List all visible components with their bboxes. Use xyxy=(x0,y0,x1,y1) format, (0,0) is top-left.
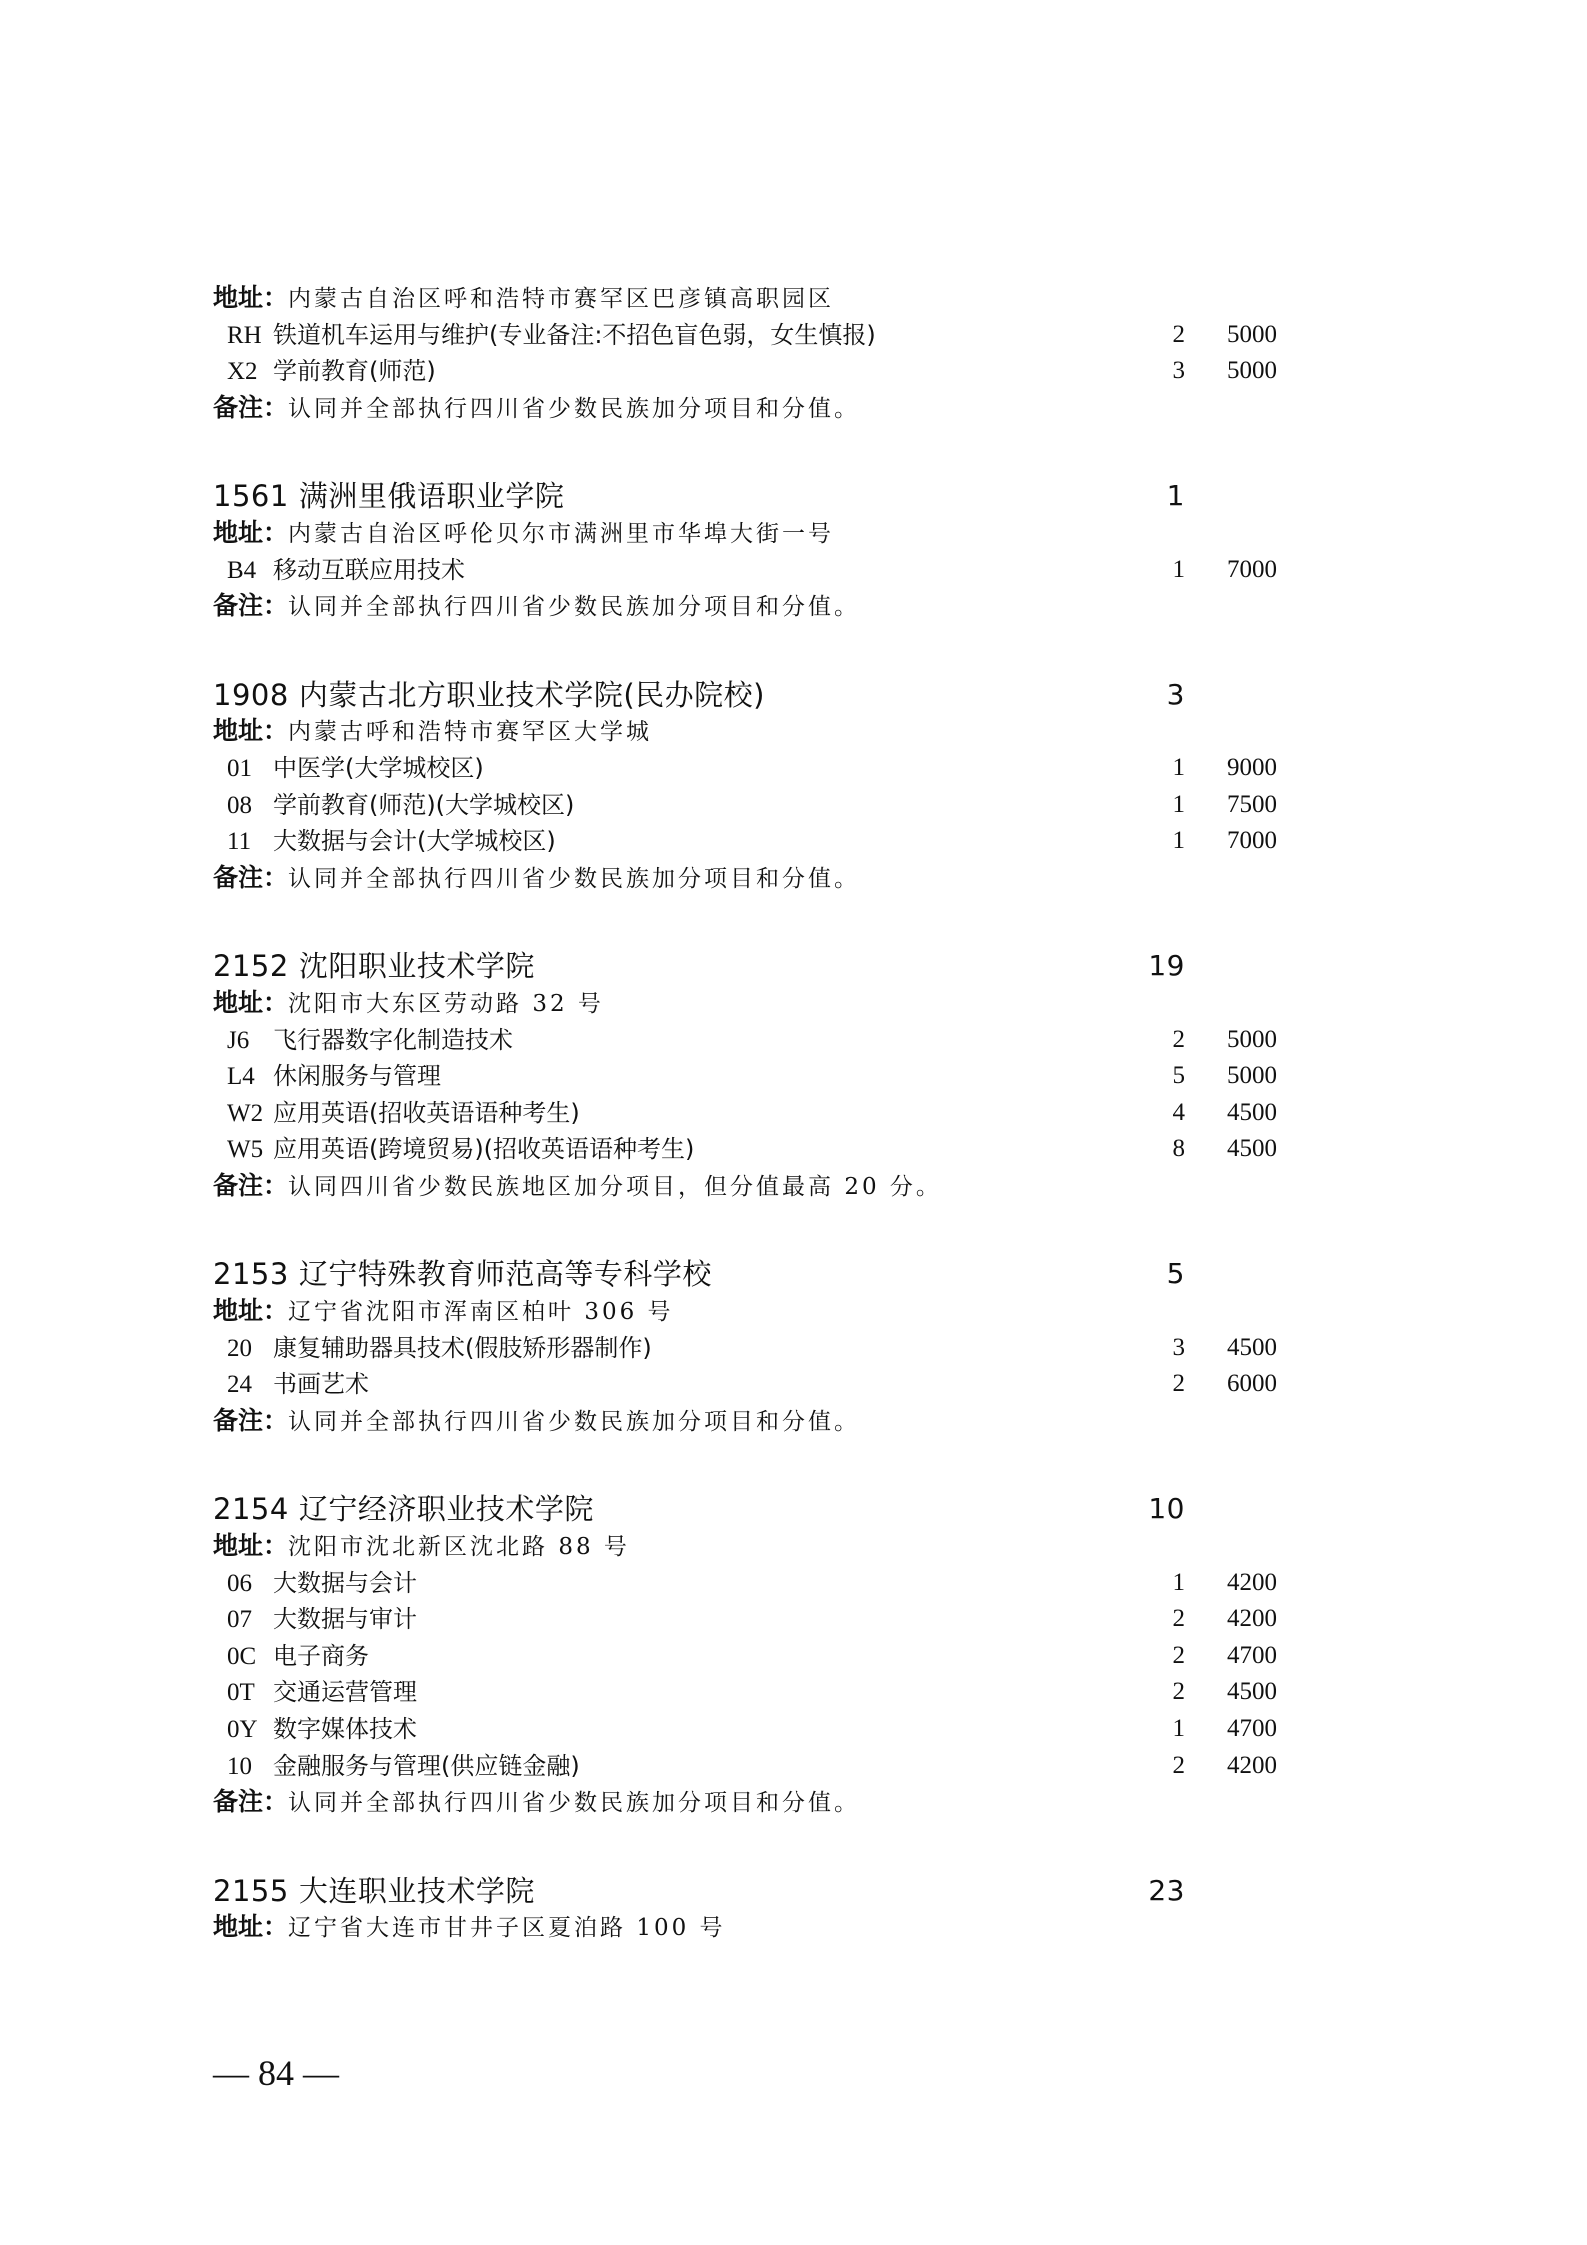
document-page: 地址：内蒙古自治区呼和浩特市赛罕区巴彦镇高职园区 RH 铁道机车运用与维护(专业… xyxy=(213,280,1293,1998)
remark-label: 备注： xyxy=(213,393,288,422)
major-name: 休闲服务与管理 xyxy=(273,1062,441,1090)
remark-label: 备注： xyxy=(213,1787,288,1816)
major-fee: 4500 xyxy=(1227,1095,1277,1132)
major-name: 应用英语(跨境贸易)(招收英语语种考生) xyxy=(273,1135,694,1163)
remark-label: 备注： xyxy=(213,863,288,892)
address-label: 地址： xyxy=(213,283,288,312)
major-code: 06 xyxy=(227,1566,265,1603)
school-name: 满洲里俄语职业学院 xyxy=(299,479,565,513)
school-name: 内蒙古北方职业技术学院(民办院校) xyxy=(299,678,765,712)
major-fee: 5000 xyxy=(1227,317,1277,354)
school-name: 辽宁经济职业技术学院 xyxy=(299,1492,594,1526)
school-name: 沈阳职业技术学院 xyxy=(299,949,535,983)
major-name: 数字媒体技术 xyxy=(273,1715,417,1743)
school-total-quota: 23 xyxy=(1148,1873,1185,1910)
school-total-quota: 10 xyxy=(1148,1491,1185,1528)
major-row: 0T 交通运营管理 2 4500 xyxy=(213,1674,1293,1711)
school-title: 2155大连职业技术学院 23 xyxy=(213,1873,1293,1910)
remark-line: 备注：认同并全部执行四川省少数民族加分项目和分值。 xyxy=(213,1784,1293,1821)
major-code: 11 xyxy=(227,824,265,861)
remark-label: 备注： xyxy=(213,591,288,620)
major-code: L4 xyxy=(227,1059,265,1096)
major-row: 24 书画艺术 2 6000 xyxy=(213,1366,1293,1403)
major-code: W2 xyxy=(227,1096,265,1133)
address-text: 内蒙古自治区呼和浩特市赛罕区巴彦镇高职园区 xyxy=(288,286,834,312)
major-name: 移动互联应用技术 xyxy=(273,556,465,584)
major-row: 11 大数据与会计(大学城校区) 1 7000 xyxy=(213,823,1293,860)
major-fee: 5000 xyxy=(1227,1058,1277,1095)
school-block-2152: 2152沈阳职业技术学院 19 地址：沈阳市大东区劳动路 32 号 J6 飞行器… xyxy=(213,948,1293,1204)
major-row: W2 应用英语(招收英语语种考生) 4 4500 xyxy=(213,1095,1293,1132)
school-title: 2152沈阳职业技术学院 19 xyxy=(213,948,1293,985)
address-label: 地址： xyxy=(213,1531,288,1560)
major-name: 铁道机车运用与维护(专业备注:不招色盲色弱，女生慎报) xyxy=(273,321,876,349)
remark-line: 备注：认同并全部执行四川省少数民族加分项目和分值。 xyxy=(213,1403,1293,1440)
major-name: 康复辅助器具技术(假肢矫形器制作) xyxy=(273,1334,652,1362)
school-code: 1561 xyxy=(213,479,289,513)
major-code: 0Y xyxy=(227,1712,265,1749)
major-quota: 3 xyxy=(1173,353,1186,390)
address-text: 沈阳市沈北新区沈北路 88 号 xyxy=(288,1534,630,1560)
major-fee: 4500 xyxy=(1227,1131,1277,1168)
school-name: 辽宁特殊教育师范高等专科学校 xyxy=(299,1257,712,1291)
major-row: W5 应用英语(跨境贸易)(招收英语语种考生) 8 4500 xyxy=(213,1131,1293,1168)
remark-text: 认同并全部执行四川省少数民族加分项目和分值。 xyxy=(288,1409,860,1435)
school-total-quota: 5 xyxy=(1167,1256,1185,1293)
major-code: 0T xyxy=(227,1675,265,1712)
major-fee: 4700 xyxy=(1227,1711,1277,1748)
major-quota: 3 xyxy=(1173,1330,1186,1367)
major-quota: 2 xyxy=(1173,317,1186,354)
school-title: 2153辽宁特殊教育师范高等专科学校 5 xyxy=(213,1256,1293,1293)
school-title: 1561满洲里俄语职业学院 1 xyxy=(213,478,1293,515)
major-fee: 7000 xyxy=(1227,552,1277,589)
major-code: J6 xyxy=(227,1023,265,1060)
major-quota: 8 xyxy=(1173,1131,1186,1168)
major-code: 07 xyxy=(227,1602,265,1639)
major-quota: 2 xyxy=(1173,1674,1186,1711)
major-quota: 2 xyxy=(1173,1748,1186,1785)
major-name: 飞行器数字化制造技术 xyxy=(273,1026,513,1054)
major-name: 电子商务 xyxy=(273,1642,369,1670)
major-quota: 1 xyxy=(1173,1565,1186,1602)
school-code: 2154 xyxy=(213,1492,289,1526)
school-block-2154: 2154辽宁经济职业技术学院 10 地址：沈阳市沈北新区沈北路 88 号 06 … xyxy=(213,1491,1293,1820)
school-total-quota: 3 xyxy=(1167,677,1185,714)
school-name: 大连职业技术学院 xyxy=(299,1874,535,1908)
address-line: 地址：内蒙古自治区呼伦贝尔市满洲里市华埠大街一号 xyxy=(213,515,1293,552)
major-row: L4 休闲服务与管理 5 5000 xyxy=(213,1058,1293,1095)
major-row: 20 康复辅助器具技术(假肢矫形器制作) 3 4500 xyxy=(213,1330,1293,1367)
address-line: 地址：沈阳市沈北新区沈北路 88 号 xyxy=(213,1528,1293,1565)
major-code: 01 xyxy=(227,751,265,788)
major-name: 大数据与审计 xyxy=(273,1605,417,1633)
major-quota: 1 xyxy=(1173,750,1186,787)
school-title: 1908内蒙古北方职业技术学院(民办院校) 3 xyxy=(213,677,1293,714)
address-label: 地址： xyxy=(213,1296,288,1325)
major-code: 0C xyxy=(227,1639,265,1676)
major-quota: 5 xyxy=(1173,1058,1186,1095)
major-name: 中医学(大学城校区) xyxy=(273,754,484,782)
address-label: 地址： xyxy=(213,716,288,745)
major-row: 06 大数据与会计 1 4200 xyxy=(213,1565,1293,1602)
remark-text: 认同并全部执行四川省少数民族加分项目和分值。 xyxy=(288,594,860,620)
major-name: 学前教育(师范)(大学城校区) xyxy=(273,791,574,819)
school-code: 1908 xyxy=(213,678,289,712)
major-row: 01 中医学(大学城校区) 1 9000 xyxy=(213,750,1293,787)
major-code: 24 xyxy=(227,1367,265,1404)
major-name: 大数据与会计 xyxy=(273,1569,417,1597)
address-label: 地址： xyxy=(213,518,288,547)
school-block-1908: 1908内蒙古北方职业技术学院(民办院校) 3 地址：内蒙古呼和浩特市赛罕区大学… xyxy=(213,677,1293,897)
major-code: X2 xyxy=(227,354,265,391)
address-line: 地址：辽宁省沈阳市浑南区柏叶 306 号 xyxy=(213,1293,1293,1330)
major-quota: 1 xyxy=(1173,552,1186,589)
address-text: 内蒙古自治区呼伦贝尔市满洲里市华埠大街一号 xyxy=(288,521,834,547)
school-block-2155: 2155大连职业技术学院 23 地址：辽宁省大连市甘井子区夏泊路 100 号 xyxy=(213,1873,1293,1946)
school-total-quota: 19 xyxy=(1148,948,1185,985)
major-code: RH xyxy=(227,318,265,355)
major-fee: 6000 xyxy=(1227,1366,1277,1403)
major-fee: 9000 xyxy=(1227,750,1277,787)
major-fee: 7000 xyxy=(1227,823,1277,860)
major-code: 20 xyxy=(227,1331,265,1368)
school-block-continuation: 地址：内蒙古自治区呼和浩特市赛罕区巴彦镇高职园区 RH 铁道机车运用与维护(专业… xyxy=(213,280,1293,426)
page-number: — 84 — xyxy=(213,2052,339,2094)
school-block-2153: 2153辽宁特殊教育师范高等专科学校 5 地址：辽宁省沈阳市浑南区柏叶 306 … xyxy=(213,1256,1293,1439)
address-text: 辽宁省沈阳市浑南区柏叶 306 号 xyxy=(288,1299,674,1325)
major-quota: 1 xyxy=(1173,787,1186,824)
major-fee: 4500 xyxy=(1227,1674,1277,1711)
remark-line: 备注：认同并全部执行四川省少数民族加分项目和分值。 xyxy=(213,588,1293,625)
remark-label: 备注： xyxy=(213,1406,288,1435)
remark-line: 备注：认同并全部执行四川省少数民族加分项目和分值。 xyxy=(213,390,1293,427)
major-fee: 5000 xyxy=(1227,353,1277,390)
remark-text: 认同并全部执行四川省少数民族加分项目和分值。 xyxy=(288,396,860,422)
address-line: 地址：内蒙古自治区呼和浩特市赛罕区巴彦镇高职园区 xyxy=(213,280,1293,317)
address-text: 内蒙古呼和浩特市赛罕区大学城 xyxy=(288,719,652,745)
remark-line: 备注：认同四川省少数民族地区加分项目，但分值最高 20 分。 xyxy=(213,1168,1293,1205)
school-title: 2154辽宁经济职业技术学院 10 xyxy=(213,1491,1293,1528)
school-code: 2153 xyxy=(213,1257,289,1291)
major-name: 应用英语(招收英语语种考生) xyxy=(273,1099,580,1127)
school-code: 2155 xyxy=(213,1874,289,1908)
major-row: 0Y 数字媒体技术 1 4700 xyxy=(213,1711,1293,1748)
address-line: 地址：内蒙古呼和浩特市赛罕区大学城 xyxy=(213,713,1293,750)
major-row: RH 铁道机车运用与维护(专业备注:不招色盲色弱，女生慎报) 2 5000 xyxy=(213,317,1293,354)
school-total-quota: 1 xyxy=(1167,478,1185,515)
major-row: 08 学前教育(师范)(大学城校区) 1 7500 xyxy=(213,787,1293,824)
major-fee: 4200 xyxy=(1227,1565,1277,1602)
major-name: 大数据与会计(大学城校区) xyxy=(273,827,556,855)
remark-label: 备注： xyxy=(213,1171,288,1200)
address-text: 沈阳市大东区劳动路 32 号 xyxy=(288,991,604,1017)
school-block-1561: 1561满洲里俄语职业学院 1 地址：内蒙古自治区呼伦贝尔市满洲里市华埠大街一号… xyxy=(213,478,1293,624)
major-quota: 1 xyxy=(1173,1711,1186,1748)
address-line: 地址：沈阳市大东区劳动路 32 号 xyxy=(213,985,1293,1022)
remark-text: 认同并全部执行四川省少数民族加分项目和分值。 xyxy=(288,1790,860,1816)
major-quota: 2 xyxy=(1173,1022,1186,1059)
major-name: 金融服务与管理(供应链金融) xyxy=(273,1752,580,1780)
major-name: 学前教育(师范) xyxy=(273,357,436,385)
major-fee: 4700 xyxy=(1227,1638,1277,1675)
major-fee: 4200 xyxy=(1227,1748,1277,1785)
remark-text: 认同四川省少数民族地区加分项目，但分值最高 20 分。 xyxy=(288,1174,942,1200)
address-line: 地址：辽宁省大连市甘井子区夏泊路 100 号 xyxy=(213,1909,1293,1946)
address-label: 地址： xyxy=(213,1912,288,1941)
major-row: B4 移动互联应用技术 1 7000 xyxy=(213,552,1293,589)
major-code: W5 xyxy=(227,1132,265,1169)
major-fee: 5000 xyxy=(1227,1022,1277,1059)
major-row: J6 飞行器数字化制造技术 2 5000 xyxy=(213,1022,1293,1059)
remark-line: 备注：认同并全部执行四川省少数民族加分项目和分值。 xyxy=(213,860,1293,897)
address-text: 辽宁省大连市甘井子区夏泊路 100 号 xyxy=(288,1915,726,1941)
major-quota: 4 xyxy=(1173,1095,1186,1132)
major-code: 10 xyxy=(227,1749,265,1786)
major-quota: 1 xyxy=(1173,823,1186,860)
major-row: 07 大数据与审计 2 4200 xyxy=(213,1601,1293,1638)
major-name: 书画艺术 xyxy=(273,1370,369,1398)
major-quota: 2 xyxy=(1173,1366,1186,1403)
major-row: 0C 电子商务 2 4700 xyxy=(213,1638,1293,1675)
address-label: 地址： xyxy=(213,988,288,1017)
major-quota: 2 xyxy=(1173,1638,1186,1675)
major-fee: 7500 xyxy=(1227,787,1277,824)
school-code: 2152 xyxy=(213,949,289,983)
major-fee: 4500 xyxy=(1227,1330,1277,1367)
major-code: 08 xyxy=(227,788,265,825)
major-row: 10 金融服务与管理(供应链金融) 2 4200 xyxy=(213,1748,1293,1785)
major-name: 交通运营管理 xyxy=(273,1678,417,1706)
major-fee: 4200 xyxy=(1227,1601,1277,1638)
remark-text: 认同并全部执行四川省少数民族加分项目和分值。 xyxy=(288,866,860,892)
major-code: B4 xyxy=(227,553,265,590)
major-row: X2 学前教育(师范) 3 5000 xyxy=(213,353,1293,390)
major-quota: 2 xyxy=(1173,1601,1186,1638)
